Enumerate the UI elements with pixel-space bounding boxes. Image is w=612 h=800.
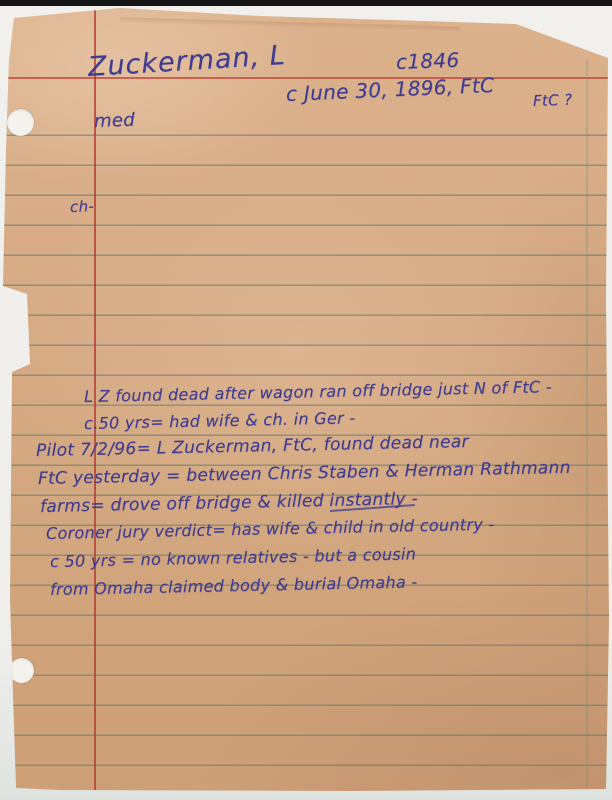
place-query-note: FtC ?	[533, 91, 573, 110]
right-crease-line	[586, 60, 588, 790]
children-abbrev: ch-	[70, 197, 95, 216]
paper-sheet: Zuckerman, L c1846 c June 30, 1896, FtC …	[0, 0, 612, 800]
birth-year-entry: c1846	[396, 48, 460, 74]
hole-punch-top	[7, 109, 34, 136]
scanned-document: Zuckerman, L c1846 c June 30, 1896, FtC …	[0, 0, 612, 800]
paper-crease	[120, 17, 460, 34]
scan-edge-bar	[0, 0, 612, 6]
hole-punch-bottom	[9, 658, 34, 683]
married-abbrev: med	[94, 110, 136, 132]
